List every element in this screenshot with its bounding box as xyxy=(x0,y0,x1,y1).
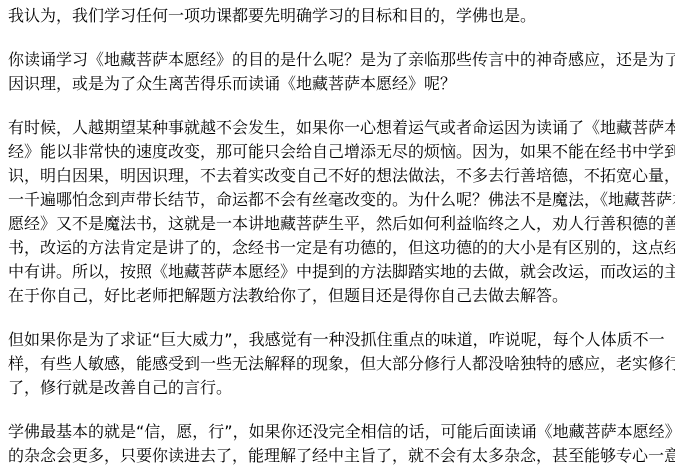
text-line: 一千遍哪怕念到声带长结节，命运都不会有丝毫改变的。为什么呢？佛法不是魔法，《地藏… xyxy=(8,188,667,212)
text-line: 因识理，或是为了众生离苦得乐而读诵《地藏菩萨本愿经》呢？ xyxy=(8,72,667,96)
paragraph: 有时候，人越期望某种事就越不会发生，如果你一心想着运气或者命运因为读诵了《地藏菩… xyxy=(8,116,667,308)
document-page: 我认为，我们学习任何一项功课都要先明确学习的目标和目的，学佛也是。你读诵学习《地… xyxy=(0,0,675,468)
paragraph: 但如果你是为了求证“巨大威力”，我感觉有一种没抓住重点的味道，咋说呢，每个人体质… xyxy=(8,328,667,400)
text-line: 的杂念会更多，只要你读进去了，能理解了经中主旨了，就不会有太多杂念，甚至能够专心… xyxy=(8,444,667,468)
text-line: 愿经》又不是魔法书，这就是一本讲地藏菩萨生平，然后如何利益临终之人，劝人行善积德… xyxy=(8,212,667,236)
text-line: 有时候，人越期望某种事就越不会发生，如果你一心想着运气或者命运因为读诵了《地藏菩… xyxy=(8,116,667,140)
text-line: 你读诵学习《地藏菩萨本愿经》的目的是什么呢？是为了亲临那些传言中的神奇感应，还是… xyxy=(8,48,667,72)
text-line: 识，明白因果，明因识理，不去着实改变自己不好的想法做法，不多去行善培德，不拓宽心… xyxy=(8,164,667,188)
text-line: 在于你自己，好比老师把解题方法教给你了，但题目还是得你自己去做去解答。 xyxy=(8,284,667,308)
text-line: 中有讲。所以，按照《地藏菩萨本愿经》中提到的方法脚踏实地的去做，就会改运，而改运… xyxy=(8,260,667,284)
text-line: 学佛最基本的就是“信，愿，行”，如果你还没完全相信的话，可能后面读诵《地藏菩萨本… xyxy=(8,420,667,444)
text-line: 样，有些人敏感，能感受到一些无法解释的现象，但大部分修行人都没啥独特的感应，老实… xyxy=(8,352,667,376)
document-body: 我认为，我们学习任何一项功课都要先明确学习的目标和目的，学佛也是。你读诵学习《地… xyxy=(8,4,667,468)
paragraph: 学佛最基本的就是“信，愿，行”，如果你还没完全相信的话，可能后面读诵《地藏菩萨本… xyxy=(8,420,667,468)
text-line: 但如果你是为了求证“巨大威力”，我感觉有一种没抓住重点的味道，咋说呢，每个人体质… xyxy=(8,328,667,352)
paragraph: 我认为，我们学习任何一项功课都要先明确学习的目标和目的，学佛也是。 xyxy=(8,4,667,28)
text-line: 经》能以非常快的速度改变，那可能只会给自己增添无尽的烦恼。因为，如果不能在经书中… xyxy=(8,140,667,164)
text-line: 了，修行就是改善自己的言行。 xyxy=(8,376,667,400)
text-line: 书，改运的方法肯定是讲了的，念经书一定是有功德的，但这功德的的大小是有区别的，这… xyxy=(8,236,667,260)
paragraph: 你读诵学习《地藏菩萨本愿经》的目的是什么呢？是为了亲临那些传言中的神奇感应，还是… xyxy=(8,48,667,96)
text-line: 我认为，我们学习任何一项功课都要先明确学习的目标和目的，学佛也是。 xyxy=(8,4,667,28)
